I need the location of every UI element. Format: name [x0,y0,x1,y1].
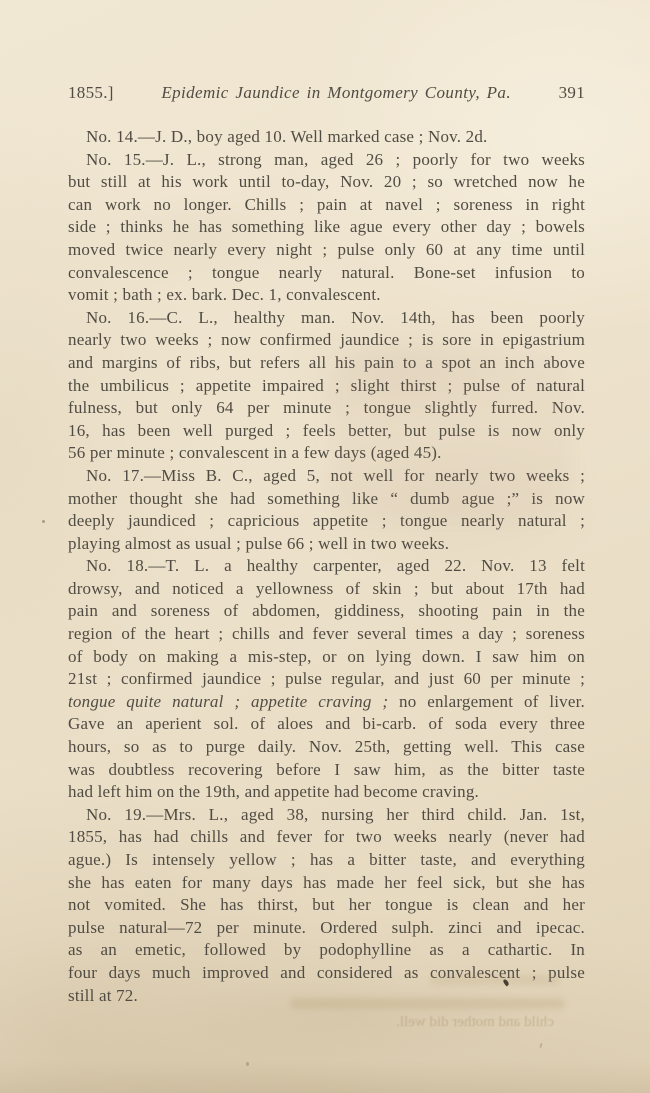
text-line: No. 19.—Mrs. L., aged 38, nursing her th… [68,804,585,827]
text-line: of body on making a mis-step, or on lyin… [68,646,585,669]
page-header: 1855.] Epidemic Jaundice in Montgomery C… [68,83,585,103]
paragraph: No. 15.—J. L., strong man, aged 26 ; poo… [68,149,585,307]
text-line: playing almost as usual ; pulse 66 ; wel… [68,533,585,556]
text-line: No. 16.—C. L., healthy man. Nov. 14th, h… [68,307,585,330]
bleedthrough-smudge [330,352,570,522]
text-line: 21st ; confirmed jaundice ; pulse regula… [68,668,585,691]
text-line: tongue quite natural ; appetite craving … [68,691,585,714]
text-line: she has eaten for many days has made her… [68,872,585,895]
text-line: nearly two weeks ; now confirmed jaundic… [68,329,585,352]
ink-speck [539,1043,542,1048]
text-line: pain and soreness of abdomen, giddiness,… [68,600,585,623]
text-line: vomit ; bath ; ex. bark. Dec. 1, convale… [68,284,585,307]
text-line: was doubtless recovering before I saw hi… [68,759,585,782]
text-line: No. 14.—J. D., boy aged 10. Well marked … [68,126,585,149]
bleedthrough-smudge [290,998,565,1009]
text-line: as an emetic, followed by podophylline a… [68,939,585,962]
text-line: ague.) Is intensely yellow ; has a bitte… [68,849,585,872]
header-running-title: Epidemic Jaundice in Montgomery County, … [114,83,559,103]
text-line: had left him on the 19th, and appetite h… [68,781,585,804]
text-line: No. 18.—T. L. a healthy carpenter, aged … [68,555,585,578]
text-line: not vomited. She has thirst, but her ton… [68,894,585,917]
text-segment: no enlargement of liver. [388,692,585,711]
text-line: convalescence ; tongue nearly natural. B… [68,262,585,285]
scanned-page: 1855.] Epidemic Jaundice in Montgomery C… [0,0,650,1093]
text-line: 1855, has had chills and fever for two w… [68,826,585,849]
bleedthrough-text: child and mother did well. [385,1014,565,1031]
document-body: No. 14.—J. D., boy aged 10. Well marked … [68,126,585,1007]
text-line: moved twice nearly every night ; pulse o… [68,239,585,262]
ink-speck [42,520,45,523]
bleedthrough-smudge [430,975,560,985]
header-page-number: 391 [559,83,585,103]
paragraph: No. 14.—J. D., boy aged 10. Well marked … [68,126,585,149]
text-line: No. 15.—J. L., strong man, aged 26 ; poo… [68,149,585,172]
text-line: drowsy, and noticed a yellowness of skin… [68,578,585,601]
text-line: side ; thinks he has something like ague… [68,216,585,239]
text-line: hours, so as to purge daily. Nov. 25th, … [68,736,585,759]
text-line: can work no longer. Chills ; pain at nav… [68,194,585,217]
header-year-label: 1855.] [68,83,114,103]
text-line: Gave an aperient sol. of aloes and bi-ca… [68,713,585,736]
text-line: pulse natural—72 per minute. Ordered sul… [68,917,585,940]
text-line: region of the heart ; chills and fever s… [68,623,585,646]
text-line: but still at his work until to-day, Nov.… [68,171,585,194]
italic-text-segment: tongue quite natural ; appetite craving … [68,692,388,711]
paragraph: No. 18.—T. L. a healthy carpenter, aged … [68,555,585,804]
ink-speck [246,1062,249,1066]
